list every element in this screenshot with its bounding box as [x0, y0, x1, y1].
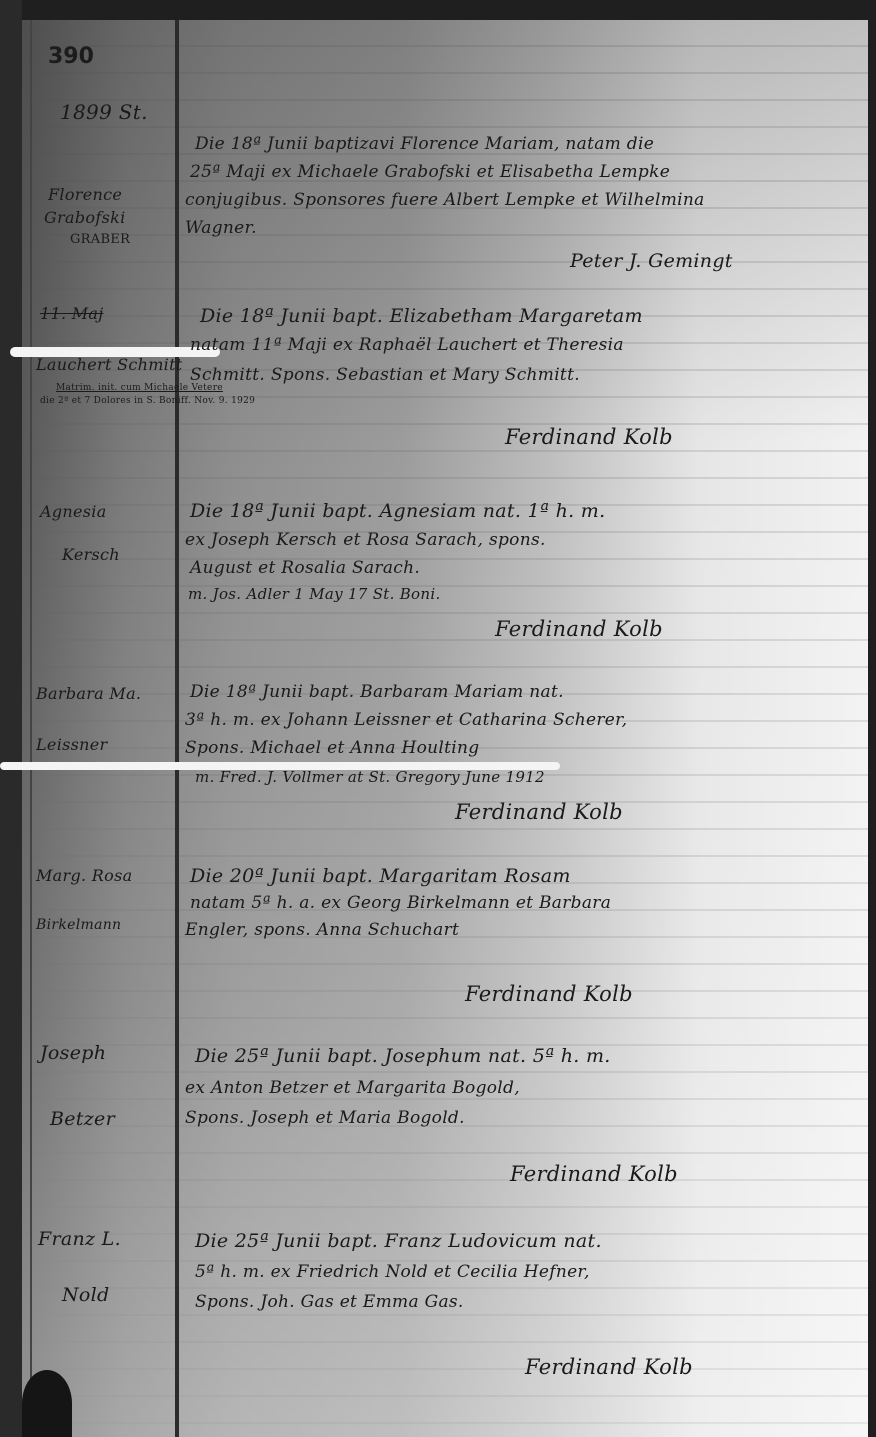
entry-line: ex Anton Betzer et Margarita Bogold,	[185, 1078, 520, 1098]
margin-name: 11. Maj	[40, 304, 104, 323]
margin-name: GRABER	[70, 232, 130, 247]
entry-line: Die 18ª Junii bapt. Agnesiam nat. 1ª h. …	[190, 500, 605, 522]
entry-line: Die 25ª Junii bapt. Josephum nat. 5ª h. …	[195, 1045, 611, 1067]
entry-line: 3ª h. m. ex Johann Leissner et Catharina…	[185, 710, 627, 730]
entry-line: Die 18ª Junii bapt. Elizabetham Margaret…	[200, 305, 643, 327]
entry-line: natam 11ª Maji ex Raphaël Lauchert et Th…	[190, 335, 624, 355]
entry-line: Wagner.	[185, 218, 257, 238]
margin-name: Kersch	[62, 545, 120, 564]
marginal-note: die 2ª et 7 Dolores in S. Boniff. Nov. 9…	[40, 396, 255, 406]
margin-name: Leissner	[36, 735, 107, 754]
entry-line: 5ª h. m. ex Friedrich Nold et Cecilia He…	[195, 1262, 590, 1282]
scan-shadow	[22, 1370, 72, 1437]
margin-name: Nold	[62, 1284, 110, 1306]
margin-name: Grabofski	[44, 208, 126, 227]
entry-line: 25ª Maji ex Michaele Grabofski et Elisab…	[190, 162, 670, 182]
margin-name: Joseph	[40, 1042, 106, 1064]
paper-tear	[10, 347, 220, 357]
margin-name: Barbara Ma.	[36, 684, 141, 703]
entry-line: Die 18ª Junii baptizavi Florence Mariam,…	[195, 134, 654, 154]
signature: Ferdinand Kolb	[525, 1355, 693, 1379]
entry-line: m. Jos. Adler 1 May 17 St. Boni.	[188, 585, 441, 603]
signature: Ferdinand Kolb	[455, 800, 623, 824]
margin-name: Lauchert Schmitt	[36, 355, 183, 374]
book-binding	[0, 0, 22, 1437]
entry-line: natam 5ª h. a. ex Georg Birkelmann et Ba…	[190, 893, 611, 913]
entry-line: ex Joseph Kersch et Rosa Sarach, spons.	[185, 530, 546, 550]
entry-line: Engler, spons. Anna Schuchart	[185, 920, 459, 940]
margin-name: Birkelmann	[36, 917, 121, 933]
entry-line: Spons. Michael et Anna Houlting	[185, 738, 479, 758]
page-number: 390	[48, 44, 94, 69]
margin-name: Agnesia	[40, 502, 107, 521]
entry-line: m. Fred. J. Vollmer at St. Gregory June …	[195, 768, 545, 786]
signature: Peter J. Gemingt	[570, 250, 733, 272]
entry-line: Die 20ª Junii bapt. Margaritam Rosam	[190, 865, 571, 887]
entry-line: Die 25ª Junii bapt. Franz Ludovicum nat.	[195, 1230, 602, 1252]
margin-name: Florence	[48, 185, 122, 204]
column-divider	[175, 20, 179, 1437]
entry-line: conjugibus. Sponsores fuere Albert Lempk…	[185, 190, 705, 210]
year-heading: 1899 St.	[60, 100, 148, 124]
entry-line: Spons. Joh. Gas et Emma Gas.	[195, 1292, 464, 1312]
signature: Ferdinand Kolb	[510, 1162, 678, 1186]
entry-line: Spons. Joseph et Maria Bogold.	[185, 1108, 465, 1128]
margin-name: Betzer	[50, 1108, 115, 1130]
signature: Ferdinand Kolb	[495, 617, 663, 641]
signature: Ferdinand Kolb	[465, 982, 633, 1006]
margin-rule	[30, 20, 32, 1437]
signature: Ferdinand Kolb	[505, 425, 673, 449]
margin-name: Franz L.	[38, 1228, 121, 1250]
margin-name: Marg. Rosa	[36, 866, 132, 885]
entry-line: Schmitt. Spons. Sebastian et Mary Schmit…	[190, 365, 580, 385]
entry-line: Die 18ª Junii bapt. Barbaram Mariam nat.	[190, 682, 564, 702]
entry-line: August et Rosalia Sarach.	[190, 558, 420, 578]
